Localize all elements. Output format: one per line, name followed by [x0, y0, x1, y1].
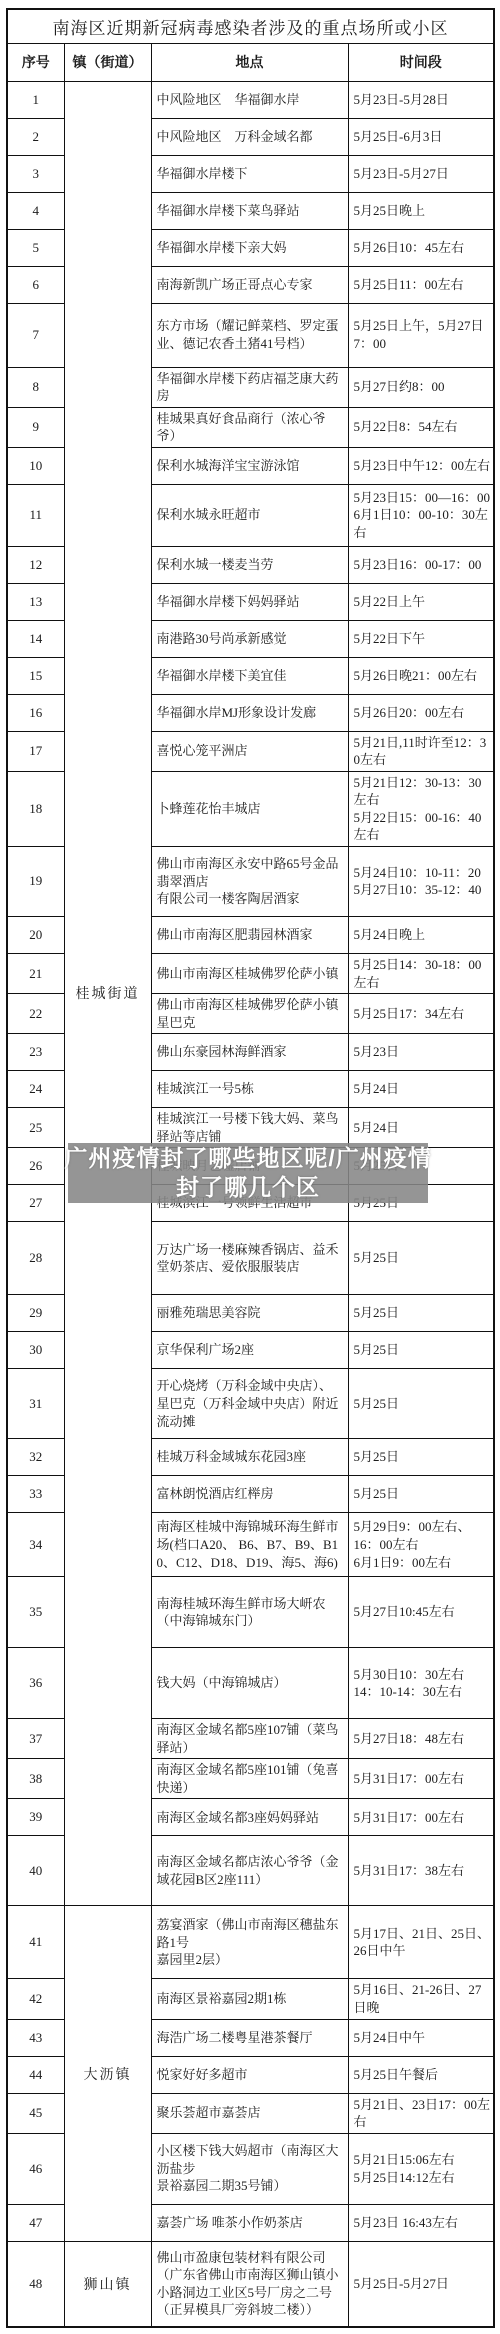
place-cell: 南海区金域名都3座妈妈驿站 [151, 1799, 348, 1836]
time-cell: 5月25日晚上 [348, 192, 494, 229]
place-cell: 丽雅苑瑞思美容院 [151, 1295, 348, 1332]
row-number-cell: 6 [7, 266, 64, 303]
place-cell: 佛山市南海区桂城佛罗伦萨小镇星巴克 [151, 994, 348, 1034]
row-number-cell: 36 [7, 1648, 64, 1719]
place-cell: 华福御水岸楼下亲大妈 [151, 229, 348, 266]
time-cell: 5月26日20：00左右 [348, 694, 494, 731]
row-number-cell: 30 [7, 1332, 64, 1369]
row-number-cell: 38 [7, 1759, 64, 1799]
place-cell: 华福御水岸楼下药店福芝康大药房 [151, 367, 348, 407]
place-cell: 佛山市南海区桂城佛罗伦萨小镇 [151, 953, 348, 993]
row-number-cell: 13 [7, 583, 64, 620]
time-cell: 5月25日-5月27日 [348, 2241, 494, 2327]
row-number-cell: 15 [7, 657, 64, 694]
town-cell: 狮山镇 [64, 2241, 151, 2327]
row-number-cell: 8 [7, 367, 64, 407]
place-cell: 嘉荟广场 唯茶小作奶茶店 [151, 2204, 348, 2241]
row-number-cell: 34 [7, 1513, 64, 1577]
place-cell: 桂城万科金域城东花园3座 [151, 1439, 348, 1476]
place-cell: 南海区金域名都5座107铺（菜鸟驿站） [151, 1719, 348, 1759]
time-cell: 5月26日10：45左右 [348, 229, 494, 266]
place-cell: 华福御水岸楼下妈妈驿站 [151, 583, 348, 620]
row-number-cell: 37 [7, 1719, 64, 1759]
time-cell: 5月22日下午 [348, 620, 494, 657]
time-cell: 5月25日-6月3日 [348, 118, 494, 155]
row-number-cell: 23 [7, 1034, 64, 1071]
row-number-cell: 21 [7, 953, 64, 993]
table-row: 1桂城街道中风险地区 华福御水岸5月23日-5月28日 [7, 81, 494, 118]
time-cell: 5月30日10：30左右 14：10-14：30左右 [348, 1648, 494, 1719]
place-cell: 南海区桂城中海锦城环海生鲜市场(档口A20、 B6、B7、B9、B10、C12、… [151, 1513, 348, 1577]
row-number-cell: 2 [7, 118, 64, 155]
row-number-cell: 17 [7, 731, 64, 771]
time-cell: 5月25日午餐后 [348, 2056, 494, 2093]
row-number-cell: 20 [7, 916, 64, 953]
place-cell: 桂城滨江一号5栋 [151, 1071, 348, 1108]
time-cell: 5月25日11：00左右 [348, 266, 494, 303]
place-cell: 中风险地区 华福御水岸 [151, 81, 348, 118]
row-number-cell: 43 [7, 2019, 64, 2056]
time-cell: 5月25日 [348, 1222, 494, 1295]
time-cell: 5月24日 [348, 1108, 494, 1148]
place-cell: 华福御水岸楼下 [151, 155, 348, 192]
row-number-cell: 48 [7, 2241, 64, 2327]
row-number-cell: 25 [7, 1108, 64, 1148]
place-cell: 海浩广场二楼粤星港茶餐厅 [151, 2019, 348, 2056]
time-cell: 5月25日 [348, 1439, 494, 1476]
time-cell: 5月23日 [348, 1034, 494, 1071]
place-cell: 万达广场一楼麻辣香锅店、益禾堂奶茶店、爱依服服装店 [151, 1222, 348, 1295]
table-title-row: 南海区近期新冠病毒感染者涉及的重点场所或小区 [7, 9, 494, 43]
row-number-cell: 32 [7, 1439, 64, 1476]
row-number-cell: 27 [7, 1185, 64, 1222]
time-cell: 5月16日、21-26日、27日晚 [348, 1979, 494, 2019]
row-number-cell: 18 [7, 771, 64, 846]
place-cell: 小区楼下钱大妈超市（南海区大沥盐步 景裕嘉园二期35号铺） [151, 2133, 348, 2204]
time-cell: 5月25日 [348, 1476, 494, 1513]
town-cell: 桂城街道 [64, 81, 151, 1906]
table-body: 1桂城街道中风险地区 华福御水岸5月23日-5月28日2中风险地区 万科金域名都… [7, 81, 494, 2327]
row-number-cell: 31 [7, 1369, 64, 1439]
time-cell: 5月31日17：38左右 [348, 1836, 494, 1906]
place-cell: 悦家好好多超市 [151, 2056, 348, 2093]
time-cell: 5月21日,11时许至12：30左右 [348, 731, 494, 771]
row-number-cell: 44 [7, 2056, 64, 2093]
watermark-overlay: 广州疫情封了哪些地区呢/广州疫情 封了哪几个区 [68, 1143, 428, 1203]
row-number-cell: 5 [7, 229, 64, 266]
place-cell: 保利水城海洋宝宝游泳馆 [151, 447, 348, 484]
row-number-cell: 29 [7, 1295, 64, 1332]
row-number-cell: 40 [7, 1836, 64, 1906]
time-cell: 5月31日17：00左右 [348, 1759, 494, 1799]
place-cell: 富林朗悦酒店红榉房 [151, 1476, 348, 1513]
time-cell: 5月23日16：00-17：00 [348, 546, 494, 583]
time-cell: 5月24日10：10-11：20 5月27日10：35-12：40 [348, 846, 494, 916]
place-cell: 聚乐荟超市嘉荟店 [151, 2093, 348, 2133]
table-title: 南海区近期新冠病毒感染者涉及的重点场所或小区 [7, 9, 494, 43]
place-cell: 南海新凯广场正哥点心专家 [151, 266, 348, 303]
table-row: 41大沥镇荔宴酒家（佛山市南海区穗盐东路1号 嘉园里2层）5月17日、21日、2… [7, 1906, 494, 1979]
place-cell: 南海区金域名都店浓心爷爷（金域花园B区2座111） [151, 1836, 348, 1906]
time-cell: 5月24日晚上 [348, 916, 494, 953]
time-cell: 5月23日-5月27日 [348, 155, 494, 192]
row-number-cell: 16 [7, 694, 64, 731]
place-cell: 桂城滨江一号楼下钱大妈、菜鸟驿站等店铺 [151, 1108, 348, 1148]
time-cell: 5月27日10:45左右 [348, 1577, 494, 1648]
watermark-line-1: 广州疫情封了哪些地区呢/广州疫情 [64, 1144, 431, 1173]
place-cell: 保利水城一楼麦当劳 [151, 546, 348, 583]
row-number-cell: 24 [7, 1071, 64, 1108]
column-header-time: 时间段 [348, 43, 494, 81]
time-cell: 5月25日 [348, 1332, 494, 1369]
row-number-cell: 35 [7, 1577, 64, 1648]
time-cell: 5月21日12：30-13：30左右 5月22日15：00-16：40左右 [348, 771, 494, 846]
row-number-cell: 47 [7, 2204, 64, 2241]
time-cell: 5月22日上午 [348, 583, 494, 620]
row-number-cell: 42 [7, 1979, 64, 2019]
column-header-no: 序号 [7, 43, 64, 81]
time-cell: 5月25日 [348, 1295, 494, 1332]
row-number-cell: 1 [7, 81, 64, 118]
place-cell: 荔宴酒家（佛山市南海区穗盐东路1号 嘉园里2层） [151, 1906, 348, 1979]
row-number-cell: 39 [7, 1799, 64, 1836]
place-cell: 中风险地区 万科金域名都 [151, 118, 348, 155]
row-number-cell: 28 [7, 1222, 64, 1295]
time-cell: 5月21日、23日17：00左右 [348, 2093, 494, 2133]
time-cell: 5月21日15:06左右 5月25日14:12左右 [348, 2133, 494, 2204]
row-number-cell: 10 [7, 447, 64, 484]
place-cell: 佛山东豪园林海鲜酒家 [151, 1034, 348, 1071]
time-cell: 5月25日14：30-18：00左右 [348, 953, 494, 993]
row-number-cell: 41 [7, 1906, 64, 1979]
row-number-cell: 7 [7, 303, 64, 367]
time-cell: 5月25日17：34左右 [348, 994, 494, 1034]
place-cell: 华福御水岸楼下菜鸟驿站 [151, 192, 348, 229]
place-cell: 南海区金域名都5座101铺（兔喜快递） [151, 1759, 348, 1799]
place-cell: 南海桂城环海生鲜市场大岍农 （中海锦城东门） [151, 1577, 348, 1648]
place-cell: 佛山市南海区肥翡园林酒家 [151, 916, 348, 953]
column-header-place: 地点 [151, 43, 348, 81]
row-number-cell: 9 [7, 407, 64, 447]
place-cell: 卜蜂莲花怡丰城店 [151, 771, 348, 846]
row-number-cell: 19 [7, 846, 64, 916]
place-cell: 桂城果真好食品商行（浓心爷爷） [151, 407, 348, 447]
row-number-cell: 33 [7, 1476, 64, 1513]
row-number-cell: 4 [7, 192, 64, 229]
time-cell: 5月31日17：00左右 [348, 1799, 494, 1836]
place-cell: 保利水城永旺超市 [151, 484, 348, 546]
time-cell: 5月25日上午，5月27日7：00 [348, 303, 494, 367]
place-cell: 佛山市盈康包装材料有限公司 （广东省佛山市南海区狮山镇小小路洞边工业区5号厂房之… [151, 2241, 348, 2327]
time-cell: 5月24日 [348, 1071, 494, 1108]
page: 南海区近期新冠病毒感染者涉及的重点场所或小区 序号 镇（街道） 地点 时间段 1… [0, 8, 500, 2334]
row-number-cell: 26 [7, 1148, 64, 1185]
time-cell: 5月22日8：54左右 [348, 407, 494, 447]
table-header-row: 序号 镇（街道） 地点 时间段 [7, 43, 494, 81]
time-cell: 5月23日 16:43左右 [348, 2204, 494, 2241]
place-cell: 南港路30号尚承新感觉 [151, 620, 348, 657]
column-header-town: 镇（街道） [64, 43, 151, 81]
row-number-cell: 22 [7, 994, 64, 1034]
place-cell: 佛山市南海区永安中路65号金品翡翠酒店 有限公司一楼客陶居酒家 [151, 846, 348, 916]
place-cell: 华福御水岸楼下美宜佳 [151, 657, 348, 694]
time-cell: 5月23日15：00—16：00 6月1日10：00-10：30左右 [348, 484, 494, 546]
watermark-line-2: 封了哪几个区 [176, 1173, 320, 1202]
row-number-cell: 11 [7, 484, 64, 546]
time-cell: 5月26日晚21：00左右 [348, 657, 494, 694]
row-number-cell: 3 [7, 155, 64, 192]
place-cell: 喜悦心笼平洲店 [151, 731, 348, 771]
place-cell: 钱大妈（中海锦城店） [151, 1648, 348, 1719]
time-cell: 5月17日、21日、25日、26日中午 [348, 1906, 494, 1979]
row-number-cell: 45 [7, 2093, 64, 2133]
row-number-cell: 14 [7, 620, 64, 657]
time-cell: 5月27日约8：00 [348, 367, 494, 407]
place-cell: 开心烧烤（万科金域中央店）、星巴克（万科金域中央店）附近流动摊 [151, 1369, 348, 1439]
time-cell: 5月23日-5月28日 [348, 81, 494, 118]
place-cell: 华福御水岸MJ形象设计发廊 [151, 694, 348, 731]
place-cell: 京华保利广场2座 [151, 1332, 348, 1369]
time-cell: 5月25日 [348, 1369, 494, 1439]
time-cell: 5月27日18：48左右 [348, 1719, 494, 1759]
place-cell: 南海区景裕嘉园2期1栋 [151, 1979, 348, 2019]
place-cell: 东方市场（耀记鲜菜档、罗定蛋业、德记农香土猪41号档） [151, 303, 348, 367]
table-row: 48狮山镇佛山市盈康包装材料有限公司 （广东省佛山市南海区狮山镇小小路洞边工业区… [7, 2241, 494, 2327]
row-number-cell: 12 [7, 546, 64, 583]
town-cell: 大沥镇 [64, 1906, 151, 2241]
time-cell: 5月29日9：00左右、 16：00左右 6月1日9：00左右 [348, 1513, 494, 1577]
time-cell: 5月23日中午12：00左右 [348, 447, 494, 484]
row-number-cell: 46 [7, 2133, 64, 2204]
time-cell: 5月24日中午 [348, 2019, 494, 2056]
